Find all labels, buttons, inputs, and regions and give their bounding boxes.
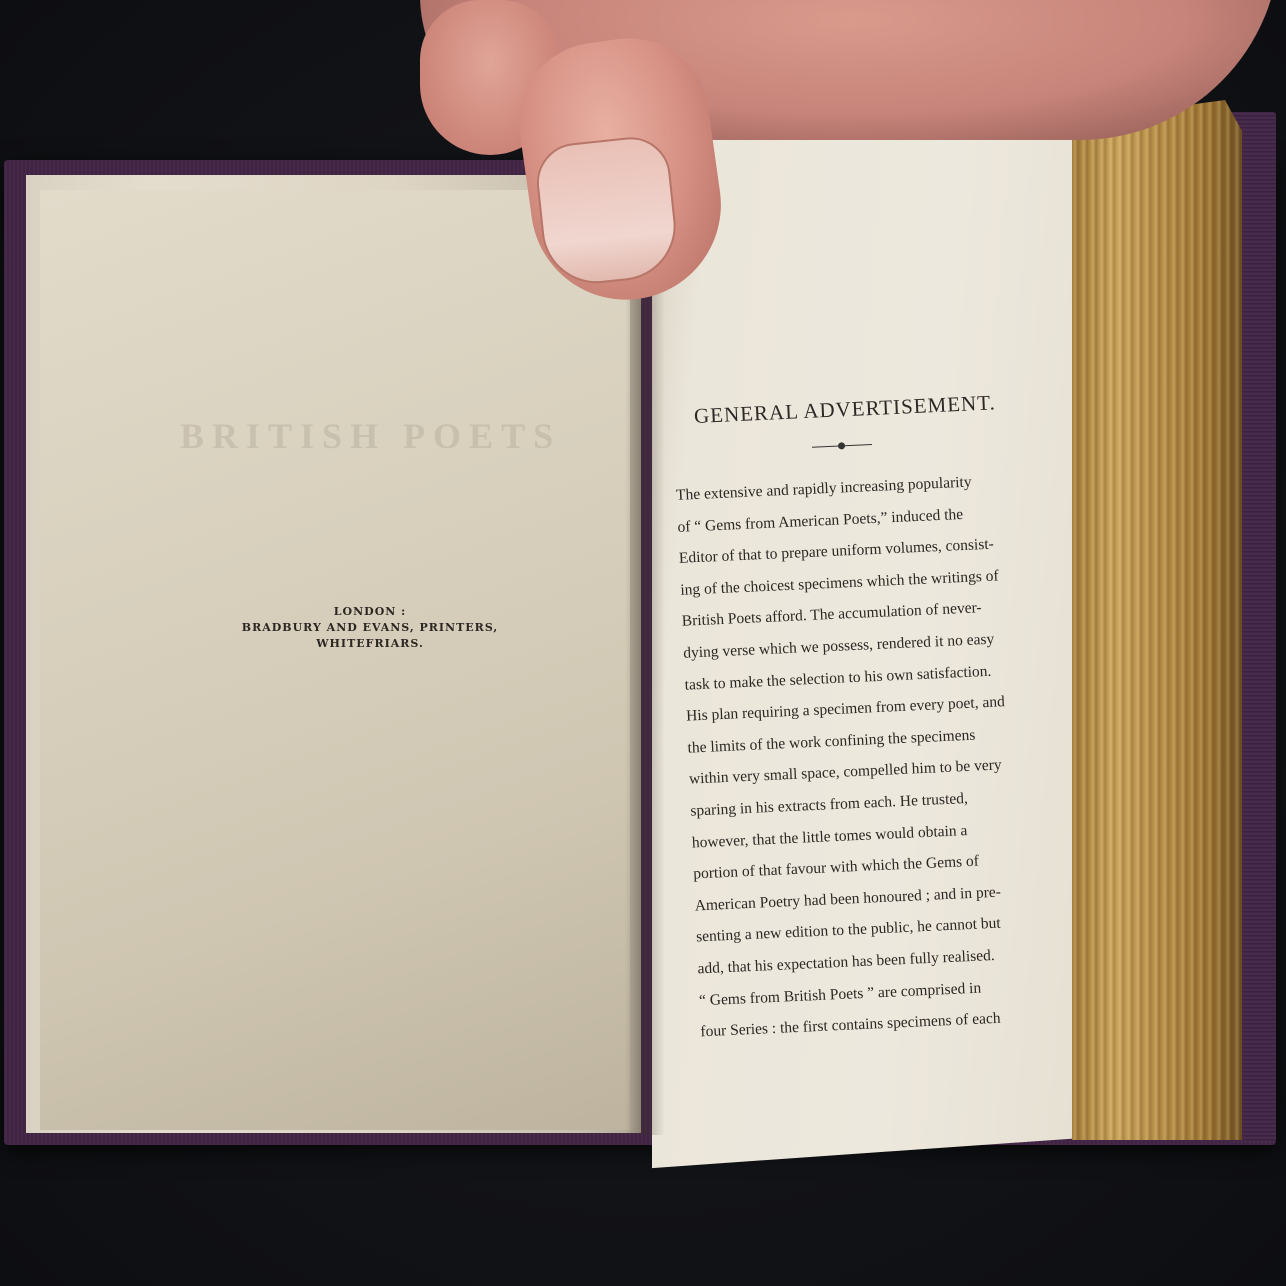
- left-page-surface: [40, 190, 630, 1130]
- gilt-page-edge: [1072, 100, 1242, 1140]
- right-page-text: GENERAL ADVERTISEMENT. The extensive and…: [672, 390, 1036, 1048]
- book-gutter-shadow: [625, 190, 665, 1135]
- bleed-through-title: BRITISH POETS: [180, 415, 561, 457]
- advertisement-body: The extensive and rapidly increasing pop…: [675, 465, 1035, 1048]
- ornament-divider-icon: [811, 439, 871, 452]
- printer-imprint: LONDON : BRADBURY AND EVANS, PRINTERS, W…: [200, 604, 540, 652]
- imprint-line-2: BRADBURY AND EVANS, PRINTERS,: [200, 620, 540, 636]
- imprint-line-1: LONDON :: [200, 604, 540, 620]
- book-photo-scene: BRITISH POETS LONDON : BRADBURY AND EVAN…: [0, 0, 1286, 1286]
- imprint-line-3: WHITEFRIARS.: [200, 636, 540, 652]
